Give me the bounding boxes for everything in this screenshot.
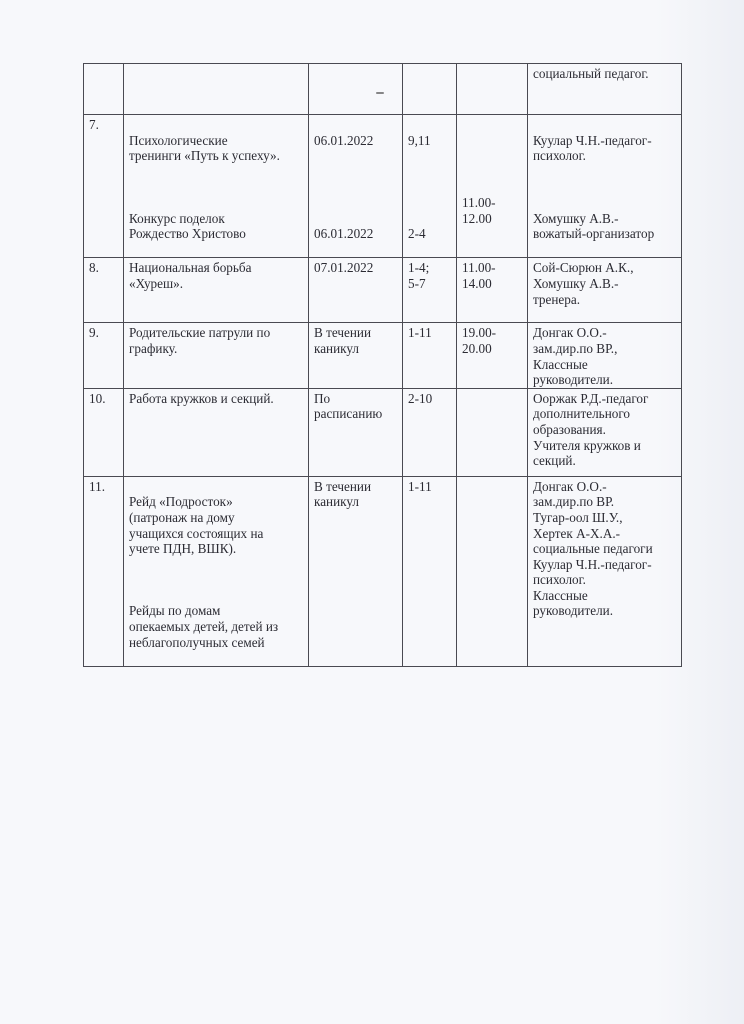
event-name: Конкурс поделок Рождество Христово bbox=[129, 211, 304, 242]
event-name: Рейды по домам опекаемых детей, детей из… bbox=[129, 603, 304, 650]
table-row: 9. Родительские патрули по графику. В те… bbox=[84, 323, 682, 388]
table-row: 8. Национальная борьба «Хуреш». 07.01.20… bbox=[84, 258, 682, 323]
event-grades: 2-10 bbox=[403, 388, 457, 476]
event-name: Психологические тренинги «Путь к успеху»… bbox=[129, 133, 304, 164]
event-date: В течении каникул bbox=[309, 323, 403, 388]
event-date: В течении каникул bbox=[309, 476, 403, 666]
event-date: 07.01.2022 bbox=[309, 258, 403, 323]
table-row: 11. Рейд «Подросток» (патронаж на дому у… bbox=[84, 476, 682, 666]
event-responsible: Хомушку А.В.- вожатый-организатор bbox=[533, 211, 677, 242]
row-number: 9. bbox=[84, 323, 124, 388]
event-name bbox=[124, 64, 309, 115]
event-grades: 1-4; 5-7 bbox=[403, 258, 457, 323]
row-number: 8. bbox=[84, 258, 124, 323]
event-date-cell: 06.01.2022 06.01.2022 bbox=[309, 115, 403, 258]
row-number: 7. bbox=[84, 115, 124, 258]
event-name: Родительские патрули по графику. bbox=[124, 323, 309, 388]
event-responsible: Донгак О.О.- зам.дир.по ВР., Классные ру… bbox=[528, 323, 682, 388]
event-date: 06.01.2022 bbox=[314, 133, 398, 149]
row-number: 11. bbox=[84, 476, 124, 666]
event-name: Национальная борьба «Хуреш». bbox=[124, 258, 309, 323]
event-grades bbox=[403, 64, 457, 115]
event-time-cell: 11.00- 12.00 bbox=[457, 115, 528, 258]
event-grades: 1-11 bbox=[403, 323, 457, 388]
event-time bbox=[457, 388, 528, 476]
event-time: 11.00- 12.00 bbox=[462, 195, 523, 226]
event-time bbox=[457, 476, 528, 666]
event-grades: 9,11 bbox=[408, 133, 452, 149]
table-row: 7. Психологические тренинги «Путь к успе… bbox=[84, 115, 682, 258]
event-name: Работа кружков и секций. bbox=[124, 388, 309, 476]
event-responsible: Ооржак Р.Д.-педагог дополнительного обра… bbox=[528, 388, 682, 476]
event-responsible-cell: Куулар Ч.Н.-педагог- психолог. Хомушку А… bbox=[528, 115, 682, 258]
row-number bbox=[84, 64, 124, 115]
event-name-cell: Психологические тренинги «Путь к успеху»… bbox=[124, 115, 309, 258]
table-row: социальный педагог. bbox=[84, 64, 682, 115]
events-table: социальный педагог. 7. Психологические т… bbox=[83, 63, 682, 667]
event-date: 06.01.2022 bbox=[314, 226, 398, 242]
event-responsible: Донгак О.О.- зам.дир.по ВР. Тугар-оол Ш.… bbox=[528, 476, 682, 666]
table-row: 10. Работа кружков и секций. По расписан… bbox=[84, 388, 682, 476]
event-responsible: социальный педагог. bbox=[528, 64, 682, 115]
row-number: 10. bbox=[84, 388, 124, 476]
event-responsible: Куулар Ч.Н.-педагог- психолог. bbox=[533, 133, 677, 164]
event-date: По расписанию bbox=[309, 388, 403, 476]
event-time: 11.00- 14.00 bbox=[457, 258, 528, 323]
event-date bbox=[309, 64, 403, 115]
scan-speck bbox=[376, 92, 384, 94]
event-time bbox=[457, 64, 528, 115]
event-responsible: Сой-Сюрюн А.К., Хомушку А.В.- тренера. bbox=[528, 258, 682, 323]
event-grades-cell: 9,11 2-4 bbox=[403, 115, 457, 258]
event-name-cell: Рейд «Подросток» (патронаж на дому учащи… bbox=[124, 476, 309, 666]
event-time: 19.00- 20.00 bbox=[457, 323, 528, 388]
event-name: Рейд «Подросток» (патронаж на дому учащи… bbox=[129, 494, 304, 556]
event-grades: 1-11 bbox=[403, 476, 457, 666]
event-grades: 2-4 bbox=[408, 226, 452, 242]
